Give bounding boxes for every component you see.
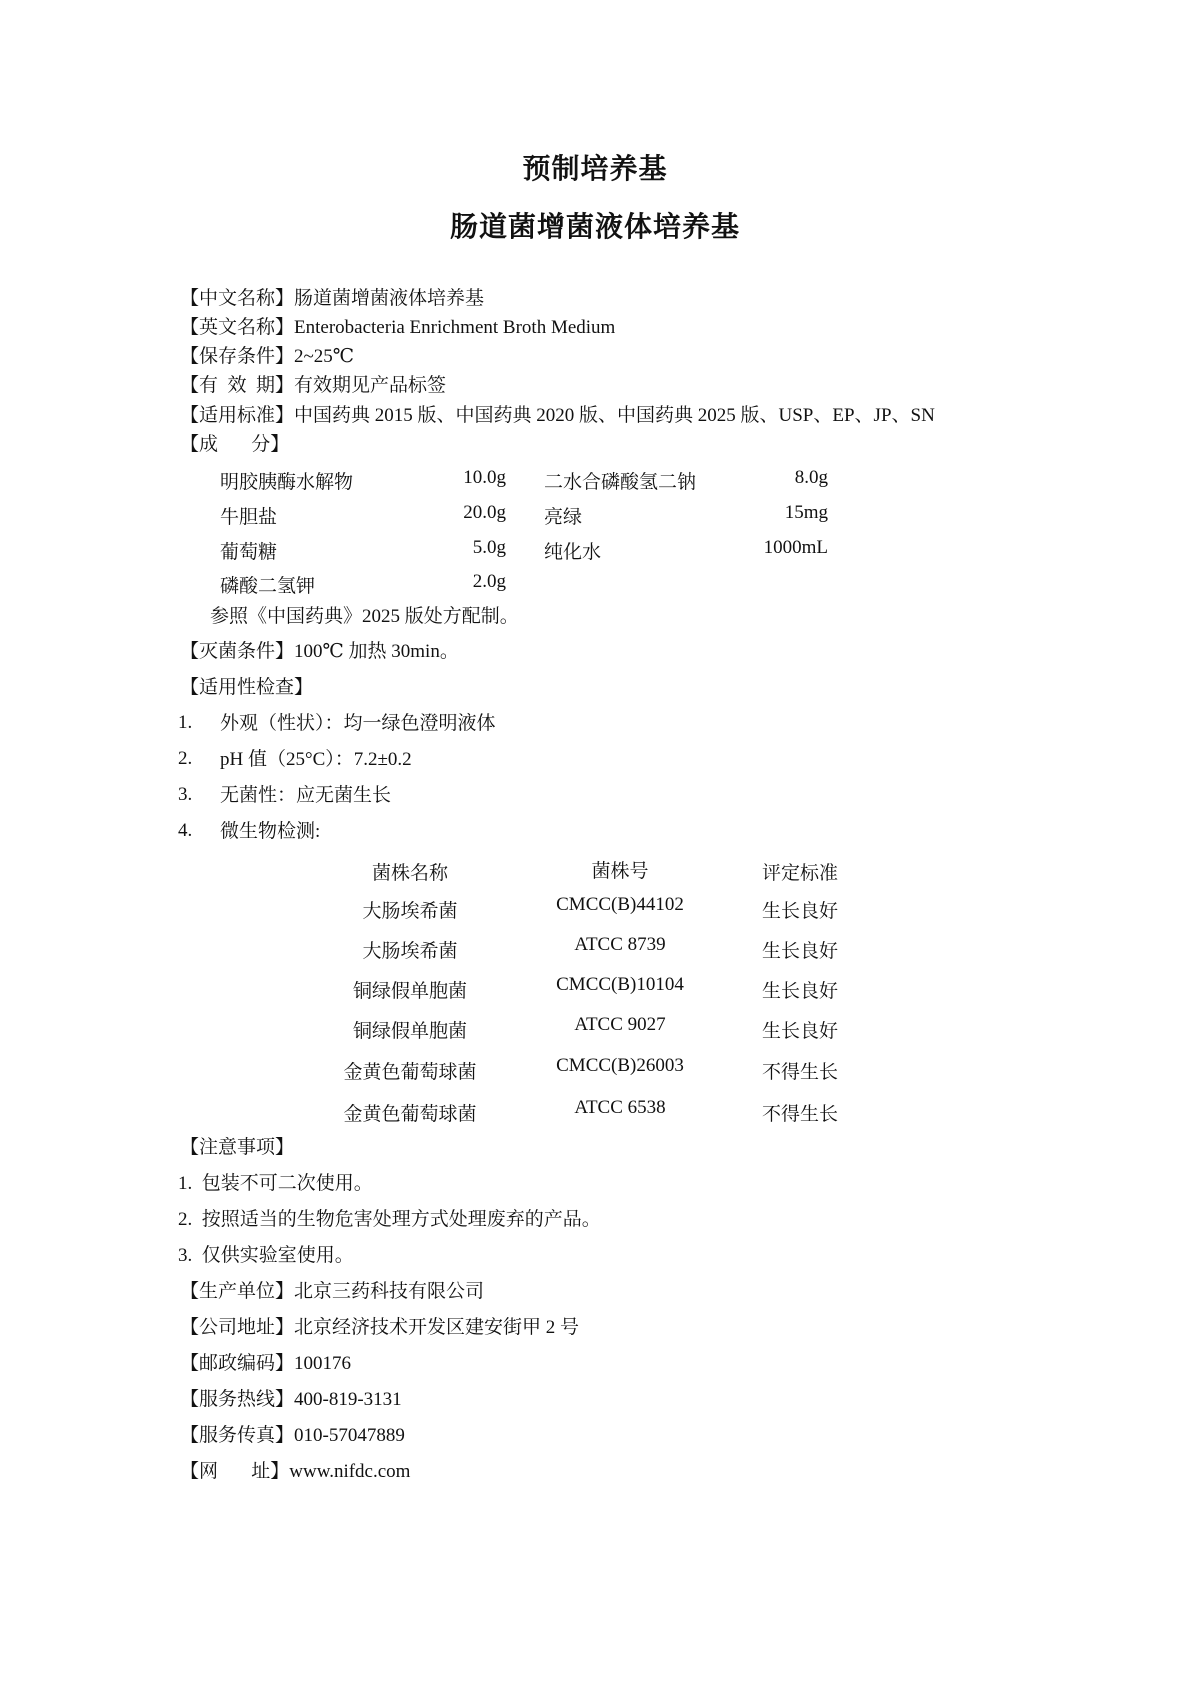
field-sterilization: 【灭菌条件】100℃ 加热 30min。 [180,640,459,664]
field-value: Enterobacteria Enrichment Broth Medium [294,317,615,338]
field-storage: 【保存条件】2~25℃ [180,345,354,369]
table-header: 菌株名称 [320,858,500,885]
field-value: 100176 [294,1353,351,1374]
strain-id: ATCC 6538 [530,1097,710,1119]
field-postcode: 【邮政编码】100176 [180,1352,351,1376]
strain-name: 金黄色葡萄球菌 [320,1057,500,1084]
strain-name: 大肠埃希菌 [320,896,500,923]
field-value: 2~25℃ [294,346,354,367]
field-label: 【邮政编码】 [180,1353,294,1374]
table-header: 评定标准 [740,858,860,885]
item-number: 2. [178,748,192,770]
ingredient-name: 亮绿 [544,502,582,529]
field-website: 【网 址】www.nifdc.com [180,1460,410,1484]
field-address: 【公司地址】北京经济技术开发区建安街甲 2 号 [180,1316,579,1340]
ingredient-name: 葡萄糖 [220,537,277,564]
field-value: 010-57047889 [294,1425,405,1446]
strain-id: ATCC 8739 [530,934,710,956]
ingredient-amount: 10.0g [400,467,506,489]
note-item: 3. 仅供实验室使用。 [178,1244,354,1268]
field-fax: 【服务传真】010-57047889 [180,1424,405,1448]
field-hotline: 【服务热线】400-819-3131 [180,1388,402,1412]
item-text: 外观（性状）：均一绿色澄明液体 [220,712,496,736]
ingredients-note: 参照《中国药典》2025 版处方配制。 [210,605,519,629]
item-number: 3. [178,784,192,806]
field-value: 肠道菌增菌液体培养基 [294,288,484,309]
field-standards: 【适用标准】中国药典 2015 版、中国药典 2020 版、中国药典 2025 … [180,404,935,428]
field-suitability: 【适用性检查】 [180,676,313,700]
ingredient-name: 二水合磷酸氢二钠 [544,467,696,494]
field-label: 【公司地址】 [180,1317,294,1338]
field-value: 北京经济技术开发区建安街甲 2 号 [294,1317,579,1338]
website-link[interactable]: www.nifdc.com [289,1461,410,1482]
field-validity: 【有 效 期】有效期见产品标签 [180,374,446,398]
field-value: 有效期见产品标签 [294,375,446,396]
item-text: 无菌性：应无菌生长 [220,784,391,808]
strain-name: 铜绿假单胞菌 [320,976,500,1003]
field-label: 【有 效 期】 [180,375,294,396]
item-text: pH 值（25°C）：7.2±0.2 [220,748,412,772]
criterion: 不得生长 [740,1099,860,1126]
field-cn-name: 【中文名称】肠道菌增菌液体培养基 [180,287,484,311]
ingredient-name: 牛胆盐 [220,502,277,529]
note-item: 2. 按照适当的生物危害处理方式处理废弃的产品。 [178,1208,601,1232]
ingredient-amount: 20.0g [400,502,506,524]
ingredient-name: 明胶胰酶水解物 [220,467,353,494]
field-label: 【中文名称】 [180,288,294,309]
field-label: 【服务传真】 [180,1425,294,1446]
criterion: 生长良好 [740,976,860,1003]
criterion: 生长良好 [740,1016,860,1043]
criterion: 生长良好 [740,896,860,923]
table-header: 菌株号 [530,856,710,883]
ingredient-amount: 15mg [720,502,828,524]
field-value: 400-819-3131 [294,1389,402,1410]
field-label: 【成 分】 [180,434,289,455]
field-value: 中国药典 2015 版、中国药典 2020 版、中国药典 2025 版、USP、… [294,405,935,426]
strain-name: 铜绿假单胞菌 [320,1016,500,1043]
note-item: 1. 包装不可二次使用。 [178,1172,373,1196]
strain-name: 大肠埃希菌 [320,936,500,963]
item-number: 1. [178,712,192,734]
ingredient-name: 纯化水 [544,537,601,564]
ingredient-amount: 8.0g [720,467,828,489]
ingredient-name: 磷酸二氢钾 [220,571,315,598]
field-label: 【服务热线】 [180,1389,294,1410]
field-label: 【生产单位】 [180,1281,294,1302]
strain-name: 金黄色葡萄球菌 [320,1099,500,1126]
field-label: 【保存条件】 [180,346,294,367]
field-value: 100℃ 加热 30min。 [294,641,459,662]
strain-id: CMCC(B)10104 [530,974,710,996]
field-notes: 【注意事项】 [180,1136,294,1160]
field-label: 【适用性检查】 [180,677,313,698]
field-en-name: 【英文名称】Enterobacteria Enrichment Broth Me… [180,316,615,340]
sub-title: 肠道菌增菌液体培养基 [0,205,1190,245]
strain-id: ATCC 9027 [530,1014,710,1036]
strain-id: CMCC(B)26003 [530,1055,710,1077]
ingredient-amount: 2.0g [400,571,506,593]
field-label: 【灭菌条件】 [180,641,294,662]
item-text: 微生物检测: [220,820,320,844]
field-label: 【注意事项】 [180,1137,294,1158]
strain-id: CMCC(B)44102 [530,894,710,916]
criterion: 不得生长 [740,1057,860,1084]
field-label: 【网 址】 [180,1461,289,1482]
field-manufacturer: 【生产单位】北京三药科技有限公司 [180,1280,484,1304]
ingredient-amount: 1000mL [720,537,828,559]
field-label: 【英文名称】 [180,317,294,338]
field-composition: 【成 分】 [180,433,289,457]
criterion: 生长良好 [740,936,860,963]
field-label: 【适用标准】 [180,405,294,426]
main-title: 预制培养基 [0,147,1190,187]
ingredient-amount: 5.0g [400,537,506,559]
field-value: 北京三药科技有限公司 [294,1281,484,1302]
item-number: 4. [178,820,192,842]
